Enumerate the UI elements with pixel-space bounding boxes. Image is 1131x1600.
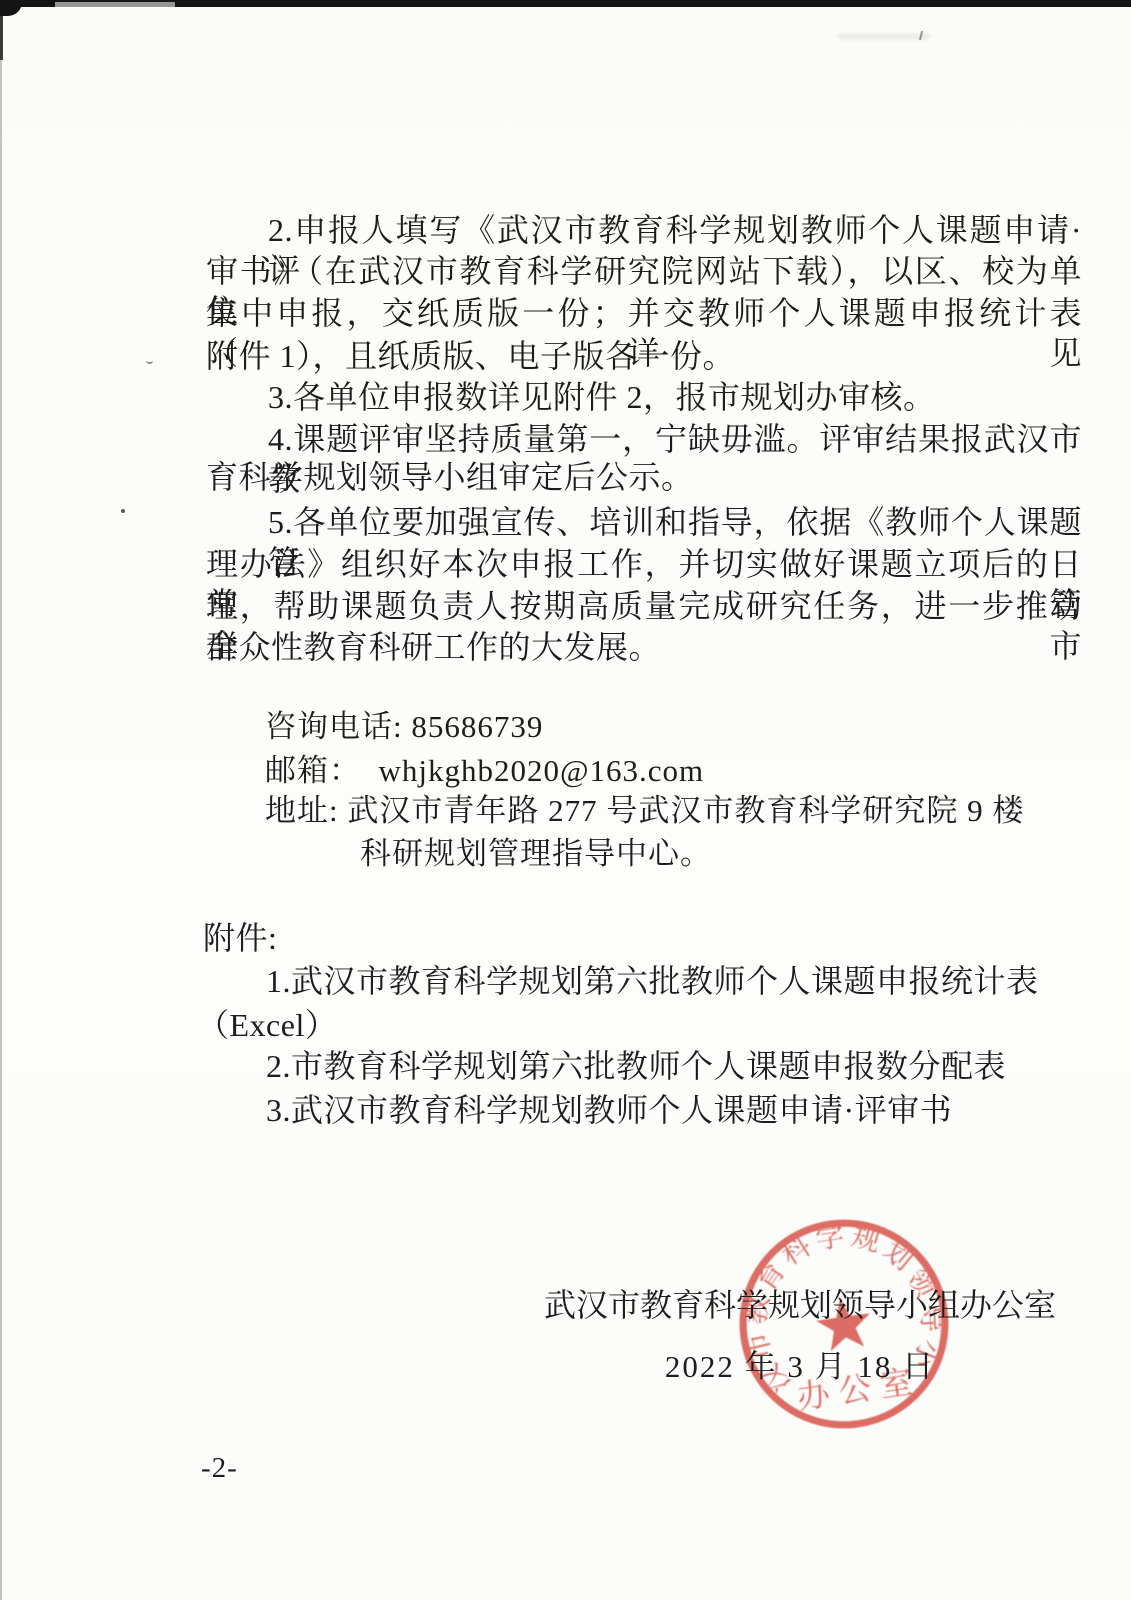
- body-line-p2-4: 附件 1），且纸质版、电子版各一份。: [206, 336, 735, 376]
- body-line-p5-4: 群众性教育科研工作的大发展。: [206, 627, 661, 667]
- contact-email: 邮箱： whjkghb2020@163.com: [265, 752, 704, 790]
- attachment-item-3: 3.武汉市教育科学规划教师个人课题申请·评审书: [266, 1090, 952, 1130]
- contact-phone: 咨询电话: 85686739: [265, 708, 543, 746]
- scan-border-top-gap: [55, 2, 175, 7]
- scan-speck: [146, 358, 153, 364]
- contact-address-2: 科研规划管理指导中心。: [360, 835, 712, 873]
- contact-address-1: 地址: 武汉市青年路 277 号武汉市教育科学研究院 9 楼: [265, 792, 1024, 830]
- scan-speck: [121, 509, 125, 513]
- attachment-item-1-cont: （Excel）: [197, 1005, 337, 1045]
- attachment-item-1: 1.武汉市教育科学规划第六批教师个人课题申报统计表: [266, 961, 1039, 1001]
- signature-org: 武汉市教育科学规划领导小组办公室: [540, 1280, 1060, 1326]
- page-number: -2-: [201, 1452, 238, 1485]
- scan-border-left: [0, 0, 2, 1600]
- scan-corner-top-left: [0, 0, 22, 16]
- document-page: 2.申报人填写《武汉市教育科学规划教师个人课题申请·评 审书》（在武汉市教育科学…: [0, 0, 1131, 1600]
- body-line-p4-2: 育科学规划领导小组审定后公示。: [206, 457, 694, 497]
- attachments-label: 附件:: [203, 918, 277, 958]
- signature-date: 2022 年 3 月 18 日: [540, 1341, 1060, 1386]
- body-line-p3-1: 3.各单位申报数详见附件 2，报市规划办审核。: [206, 377, 936, 417]
- attachment-item-2: 2.市教育科学规划第六批教师个人课题申报数分配表: [266, 1046, 1006, 1086]
- scan-border-left-dark: [0, 0, 3, 60]
- scan-smudge: [838, 33, 930, 40]
